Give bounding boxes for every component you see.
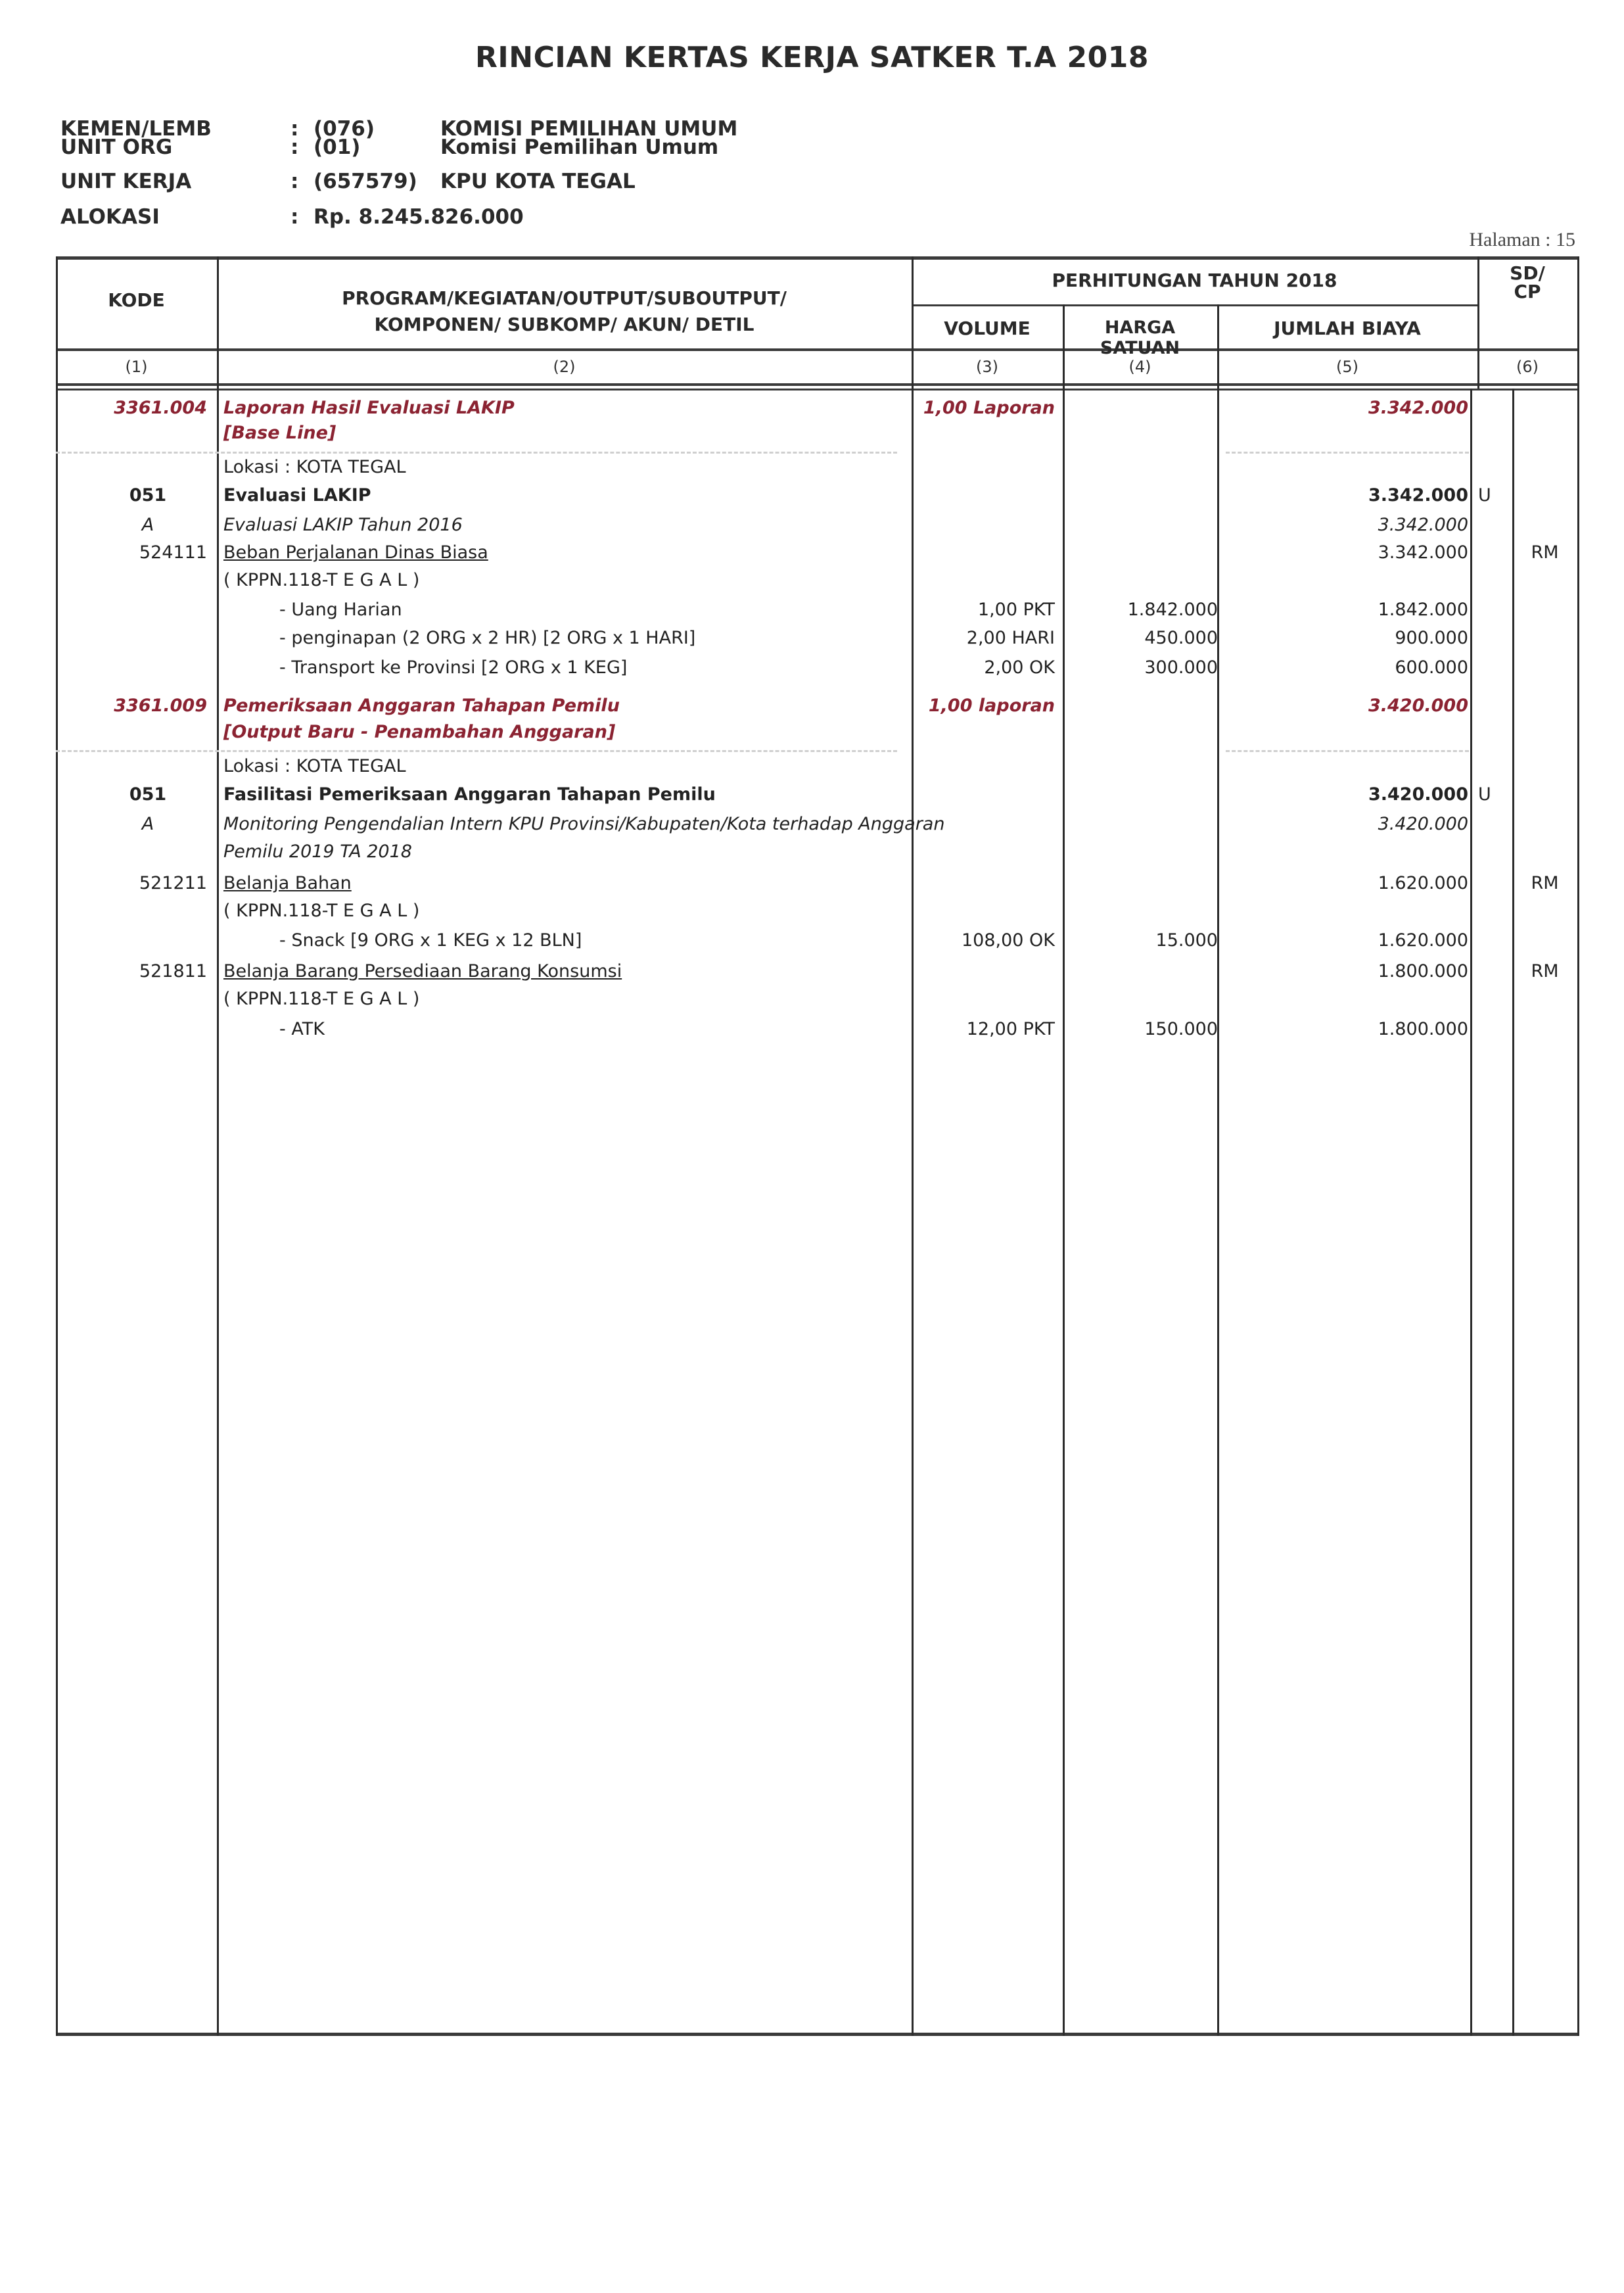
row-jumlah-biaya: 1.620.000: [1217, 873, 1468, 893]
row-volume: 2,00 HARI: [912, 628, 1055, 648]
row-jumlah-biaya: 3.342.000: [1217, 398, 1468, 418]
row-harga-satuan: 300.000: [1063, 657, 1218, 678]
colnum-divider-1: [56, 383, 1579, 386]
row-kode: 3361.004: [56, 398, 207, 418]
row-kode: A: [95, 515, 200, 535]
row-jumlah-biaya: 900.000: [1217, 628, 1468, 648]
colnum-divider-2: [56, 389, 1579, 390]
table-row: - penginapan (2 ORG x 2 HR) [2 ORG x 1 H…: [56, 628, 1579, 657]
row-description: ( KPPN.118-T E G A L ): [223, 570, 419, 590]
row-volume: 108,00 OK: [912, 930, 1055, 951]
row-harga-satuan: 450.000: [1063, 628, 1218, 648]
row-jumlah-biaya: 3.420.000: [1217, 696, 1468, 716]
row-description: Laporan Hasil Evaluasi LAKIP: [223, 398, 515, 418]
colnum-3: (3): [912, 358, 1063, 376]
table-row: 3361.009Pemeriksaan Anggaran Tahapan Pem…: [56, 696, 1579, 724]
table-row: 524111Beban Perjalanan Dinas Biasa3.342.…: [56, 542, 1579, 571]
row-description: Lokasi : KOTA TEGAL: [223, 756, 406, 776]
row-jumlah-biaya: 3.342.000: [1217, 485, 1468, 506]
table-row: ( KPPN.118-T E G A L ): [56, 570, 1579, 599]
table-row: 051Evaluasi LAKIP3.342.000U: [56, 485, 1579, 514]
row-jumlah-biaya: 600.000: [1217, 657, 1468, 678]
row-sdcp: RM: [1512, 542, 1577, 563]
row-jumlah-biaya: 1.842.000: [1217, 600, 1468, 620]
row-description: Evaluasi LAKIP: [223, 485, 371, 506]
row-description: - penginapan (2 ORG x 2 HR) [2 ORG x 1 H…: [279, 628, 695, 648]
row-description: Belanja Barang Persediaan Barang Konsums…: [223, 961, 622, 981]
table-row: 521811Belanja Barang Persediaan Barang K…: [56, 961, 1579, 990]
meta-colon: :: [290, 170, 298, 193]
table-row: ( KPPN.118-T E G A L ): [56, 901, 1579, 930]
row-description: Beban Perjalanan Dinas Biasa: [223, 542, 488, 563]
meta-unit-org-name: Komisi Pemilihan Umum: [440, 135, 718, 159]
header-harga-satuan: HARGA SATUAN: [1063, 318, 1217, 358]
page-number: Halaman : 15: [1469, 229, 1575, 251]
row-flag: U: [1478, 485, 1491, 506]
row-kode: 521211: [56, 873, 207, 893]
meta-alokasi-value: Rp. 8.245.826.000: [313, 205, 524, 229]
row-description: Evaluasi LAKIP Tahun 2016: [223, 515, 463, 535]
table-row: 051Fasilitasi Pemeriksaan Anggaran Tahap…: [56, 784, 1579, 813]
row-kode: 3361.009: [56, 696, 207, 716]
row-kode: 051: [95, 784, 200, 805]
header-program-line1: PROGRAM/KEGIATAN/OUTPUT/SUBOUTPUT/: [217, 287, 912, 309]
row-kode: A: [95, 814, 200, 834]
header-program-line2: KOMPONEN/ SUBKOMP/ AKUN/ DETIL: [217, 314, 912, 335]
meta-unit-kerja-code: (657579): [313, 170, 417, 193]
row-harga-satuan: 1.842.000: [1063, 600, 1218, 620]
colnum-1: (1): [56, 358, 217, 376]
row-description: [Base Line]: [223, 423, 336, 443]
row-description: Monitoring Pengendalian Intern KPU Provi…: [223, 814, 944, 834]
row-description: [Output Baru - Penambahan Anggaran]: [223, 722, 615, 742]
row-volume: 1,00 PKT: [912, 600, 1055, 620]
perhitungan-divider: [912, 304, 1477, 306]
row-volume: 2,00 OK: [912, 657, 1055, 678]
row-description: ( KPPN.118-T E G A L ): [223, 901, 419, 921]
colnum-5: (5): [1217, 358, 1477, 376]
row-description: Fasilitasi Pemeriksaan Anggaran Tahapan …: [223, 784, 716, 805]
row-volume: 12,00 PKT: [912, 1019, 1055, 1039]
row-description: - Transport ke Provinsi [2 ORG x 1 KEG]: [279, 657, 627, 678]
table-bottom-border: [56, 2033, 1579, 2036]
meta-unit-kerja-name: KPU KOTA TEGAL: [440, 170, 636, 193]
row-sdcp: RM: [1512, 873, 1577, 893]
table-row: AEvaluasi LAKIP Tahun 20163.342.000: [56, 515, 1579, 544]
row-jumlah-biaya: 3.342.000: [1217, 542, 1468, 563]
table-row: - ATK12,00 PKT150.0001.800.000: [56, 1019, 1579, 1048]
table-row: 521211Belanja Bahan1.620.000RM: [56, 873, 1579, 902]
meta-unit-kerja-label: UNIT KERJA: [60, 170, 191, 193]
table-row: Lokasi : KOTA TEGAL: [56, 457, 1579, 486]
row-kode: 521811: [56, 961, 207, 981]
row-harga-satuan: 15.000: [1063, 930, 1218, 951]
colnum-6: (6): [1477, 358, 1577, 376]
table-row: Lokasi : KOTA TEGAL: [56, 756, 1579, 785]
row-description: ( KPPN.118-T E G A L ): [223, 989, 419, 1009]
header-volume: VOLUME: [912, 318, 1063, 339]
header-jumlah-biaya: JUMLAH BIAYA: [1217, 318, 1477, 339]
row-description: Pemilu 2019 TA 2018: [223, 841, 412, 862]
row-volume: 1,00 Laporan: [912, 398, 1055, 418]
row-volume: 1,00 laporan: [912, 696, 1055, 716]
row-sdcp: RM: [1512, 961, 1577, 981]
table-row: - Snack [9 ORG x 1 KEG x 12 BLN]108,00 O…: [56, 930, 1579, 959]
row-kode: 524111: [56, 542, 207, 563]
meta-alokasi-label: ALOKASI: [60, 205, 160, 229]
colnum-2: (2): [217, 358, 912, 376]
colnum-4: (4): [1063, 358, 1217, 376]
table-row: [Base Line]: [56, 423, 1579, 452]
header-sdcp-line1: SD/: [1477, 264, 1577, 283]
row-description: Belanja Bahan: [223, 873, 352, 893]
row-kode: 051: [95, 485, 200, 506]
row-harga-satuan: 150.000: [1063, 1019, 1218, 1039]
row-flag: U: [1478, 784, 1491, 805]
header-kode: KODE: [56, 289, 217, 311]
table-row: [Output Baru - Penambahan Anggaran]: [56, 722, 1579, 751]
header-sdcp-line2: CP: [1477, 283, 1577, 301]
header-sdcp: SD/ CP: [1477, 264, 1577, 301]
document-title: RINCIAN KERTAS KERJA SATKER T.A 2018: [0, 41, 1624, 74]
output-separator: [1226, 452, 1469, 454]
row-description: - Snack [9 ORG x 1 KEG x 12 BLN]: [279, 930, 582, 951]
table-row: ( KPPN.118-T E G A L ): [56, 989, 1579, 1018]
budget-table: KODE PROGRAM/KEGIATAN/OUTPUT/SUBOUTPUT/ …: [56, 256, 1579, 2037]
meta-unit-org-code: (01): [313, 135, 360, 159]
row-description: Pemeriksaan Anggaran Tahapan Pemilu: [223, 696, 620, 716]
meta-colon: :: [290, 135, 298, 159]
row-jumlah-biaya: 3.342.000: [1217, 515, 1468, 535]
row-description: Lokasi : KOTA TEGAL: [223, 457, 406, 477]
row-jumlah-biaya: 1.620.000: [1217, 930, 1468, 951]
table-row: Pemilu 2019 TA 2018: [56, 841, 1579, 870]
row-jumlah-biaya: 1.800.000: [1217, 1019, 1468, 1039]
row-jumlah-biaya: 3.420.000: [1217, 784, 1468, 805]
row-jumlah-biaya: 3.420.000: [1217, 814, 1468, 834]
row-description: - ATK: [279, 1019, 325, 1039]
meta-unit-org-label: UNIT ORG: [60, 135, 172, 159]
meta-colon: :: [290, 205, 298, 229]
row-jumlah-biaya: 1.800.000: [1217, 961, 1468, 981]
table-top-border: [56, 256, 1579, 260]
row-description: - Uang Harian: [279, 600, 402, 620]
table-row: - Uang Harian1,00 PKT1.842.0001.842.000: [56, 600, 1579, 628]
table-row: AMonitoring Pengendalian Intern KPU Prov…: [56, 814, 1579, 843]
header-divider: [56, 348, 1579, 351]
table-row: - Transport ke Provinsi [2 ORG x 1 KEG]2…: [56, 657, 1579, 686]
header-perhitungan: PERHITUNGAN TAHUN 2018: [912, 270, 1477, 291]
output-separator: [56, 452, 897, 454]
